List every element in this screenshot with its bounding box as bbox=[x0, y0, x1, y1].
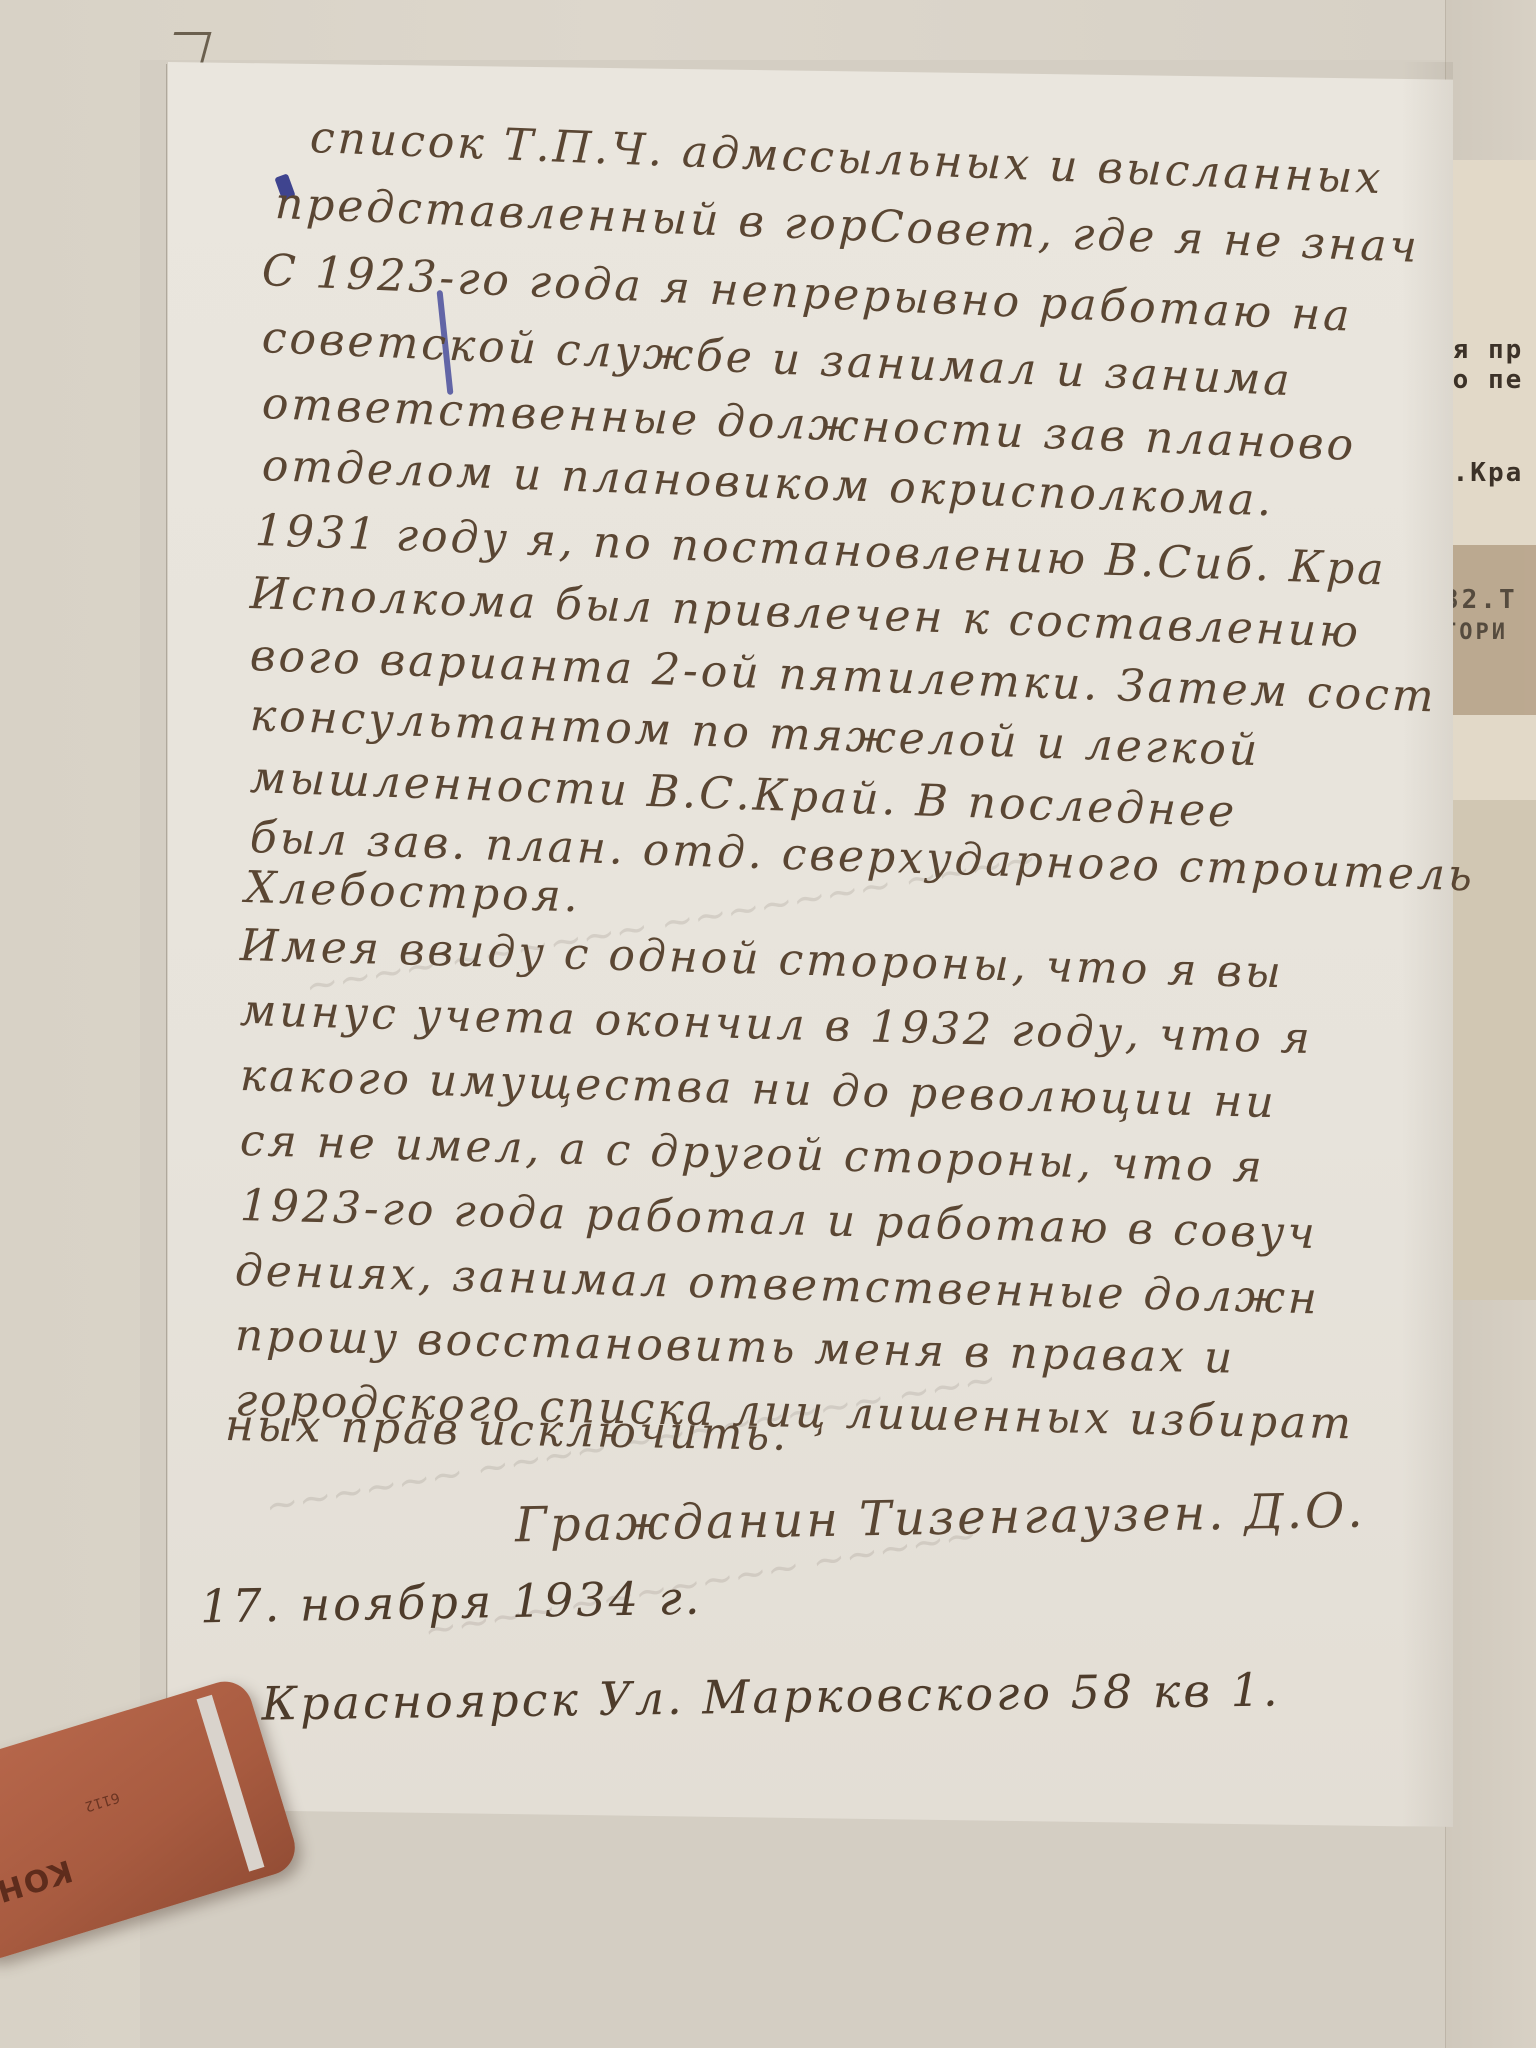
document-date: 17. ноября 1934 г. bbox=[200, 1571, 703, 1634]
handwritten-line-22: ных прав исключить. bbox=[225, 1400, 790, 1461]
tape-label-line-1: 32.Т bbox=[1443, 585, 1518, 615]
sheet-left-edge bbox=[166, 64, 167, 1824]
document-photo: ия пр по пе г.Кра 32.Т ТОРИ ~~~~ ~~~~~~ … bbox=[0, 0, 1536, 2048]
eraser-stripe bbox=[197, 1695, 265, 1872]
eraser-brand-text: KOH bbox=[0, 1852, 76, 1908]
eraser-code-text: 6112 bbox=[83, 1789, 122, 1815]
handwritten-line-13: Хлебостроя. bbox=[244, 862, 581, 922]
